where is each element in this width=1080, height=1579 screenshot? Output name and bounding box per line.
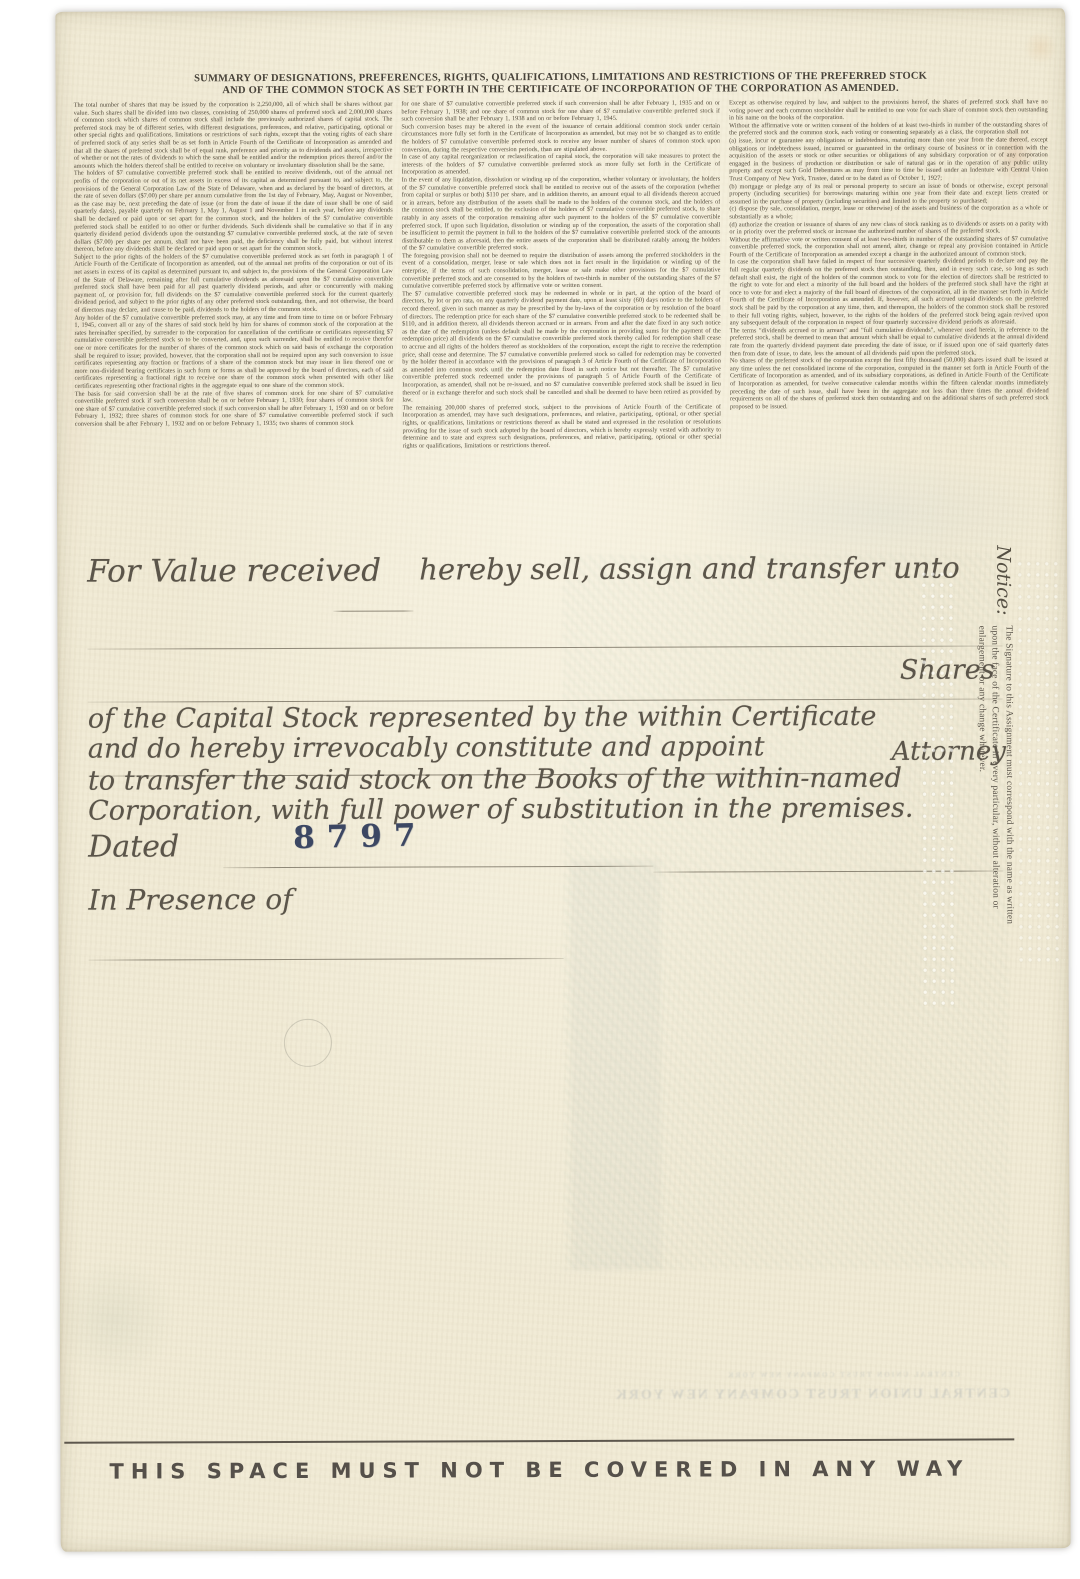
witness-line bbox=[89, 958, 564, 961]
legal-text-column-1: The total number of shares that may be i… bbox=[74, 101, 394, 554]
sell-assign-transfer-label: hereby sell, assign and transfer unto bbox=[419, 551, 960, 587]
ghost-mirrored-text-small: CENTRAL UNION TRUST COMPANY NEW YORK bbox=[700, 1371, 960, 1380]
transfer-books-line: to transfer the said stock on the Books … bbox=[88, 763, 902, 797]
ghost-mirrored-text: CENTRAL UNION TRUST COMPANY NEW YORK bbox=[600, 1386, 1010, 1403]
punch-holes-strip-left bbox=[919, 569, 955, 1009]
legal-text-columns: The total number of shares that may be i… bbox=[74, 98, 1050, 553]
substitution-line: Corporation, with full power of substitu… bbox=[88, 793, 913, 827]
constitute-appoint-line: and do hereby irrevocably constitute and… bbox=[88, 731, 765, 764]
dated-number-stamp: 8797 bbox=[293, 817, 428, 856]
legal-text-column-3: Except as otherwise required by law, and… bbox=[729, 98, 1049, 551]
dated-line bbox=[223, 866, 653, 869]
certificate-paper: SUMMARY OF DESIGNATIONS, PREFERENCES, RI… bbox=[55, 8, 1070, 1552]
ghost-left-blob bbox=[54, 1256, 174, 1381]
assignee-line-1 bbox=[88, 645, 1003, 649]
dated-label: Dated bbox=[88, 829, 179, 864]
name-gap-line bbox=[333, 611, 413, 612]
stain-top-right bbox=[1023, 30, 1057, 64]
capital-stock-line: of the Capital Stock represented by the … bbox=[88, 701, 877, 735]
certificate-back-scan: SUMMARY OF DESIGNATIONS, PREFERENCES, RI… bbox=[0, 0, 1080, 1579]
notice-body-text: The Signature to this Assignment must co… bbox=[974, 625, 1016, 943]
ghost-seal-circle bbox=[284, 1019, 332, 1067]
legal-text-column-2: for one share of $7 cumulative convertib… bbox=[401, 99, 721, 552]
summary-header-line2: AND OF THE COMMON STOCK AS SET FORTH IN … bbox=[56, 82, 1066, 97]
punch-holes-strip-right bbox=[1015, 558, 1064, 968]
footer-warning-text: THIS SPACE MUST NOT BE COVERED IN ANY WA… bbox=[64, 1456, 1014, 1483]
for-value-received-label: For Value received bbox=[87, 553, 381, 590]
in-presence-of-label: In Presence of bbox=[88, 883, 292, 917]
notice-heading: Notice: bbox=[992, 545, 1014, 615]
footer-rule bbox=[64, 1438, 1014, 1443]
ghost-title-strip bbox=[570, 860, 661, 1270]
